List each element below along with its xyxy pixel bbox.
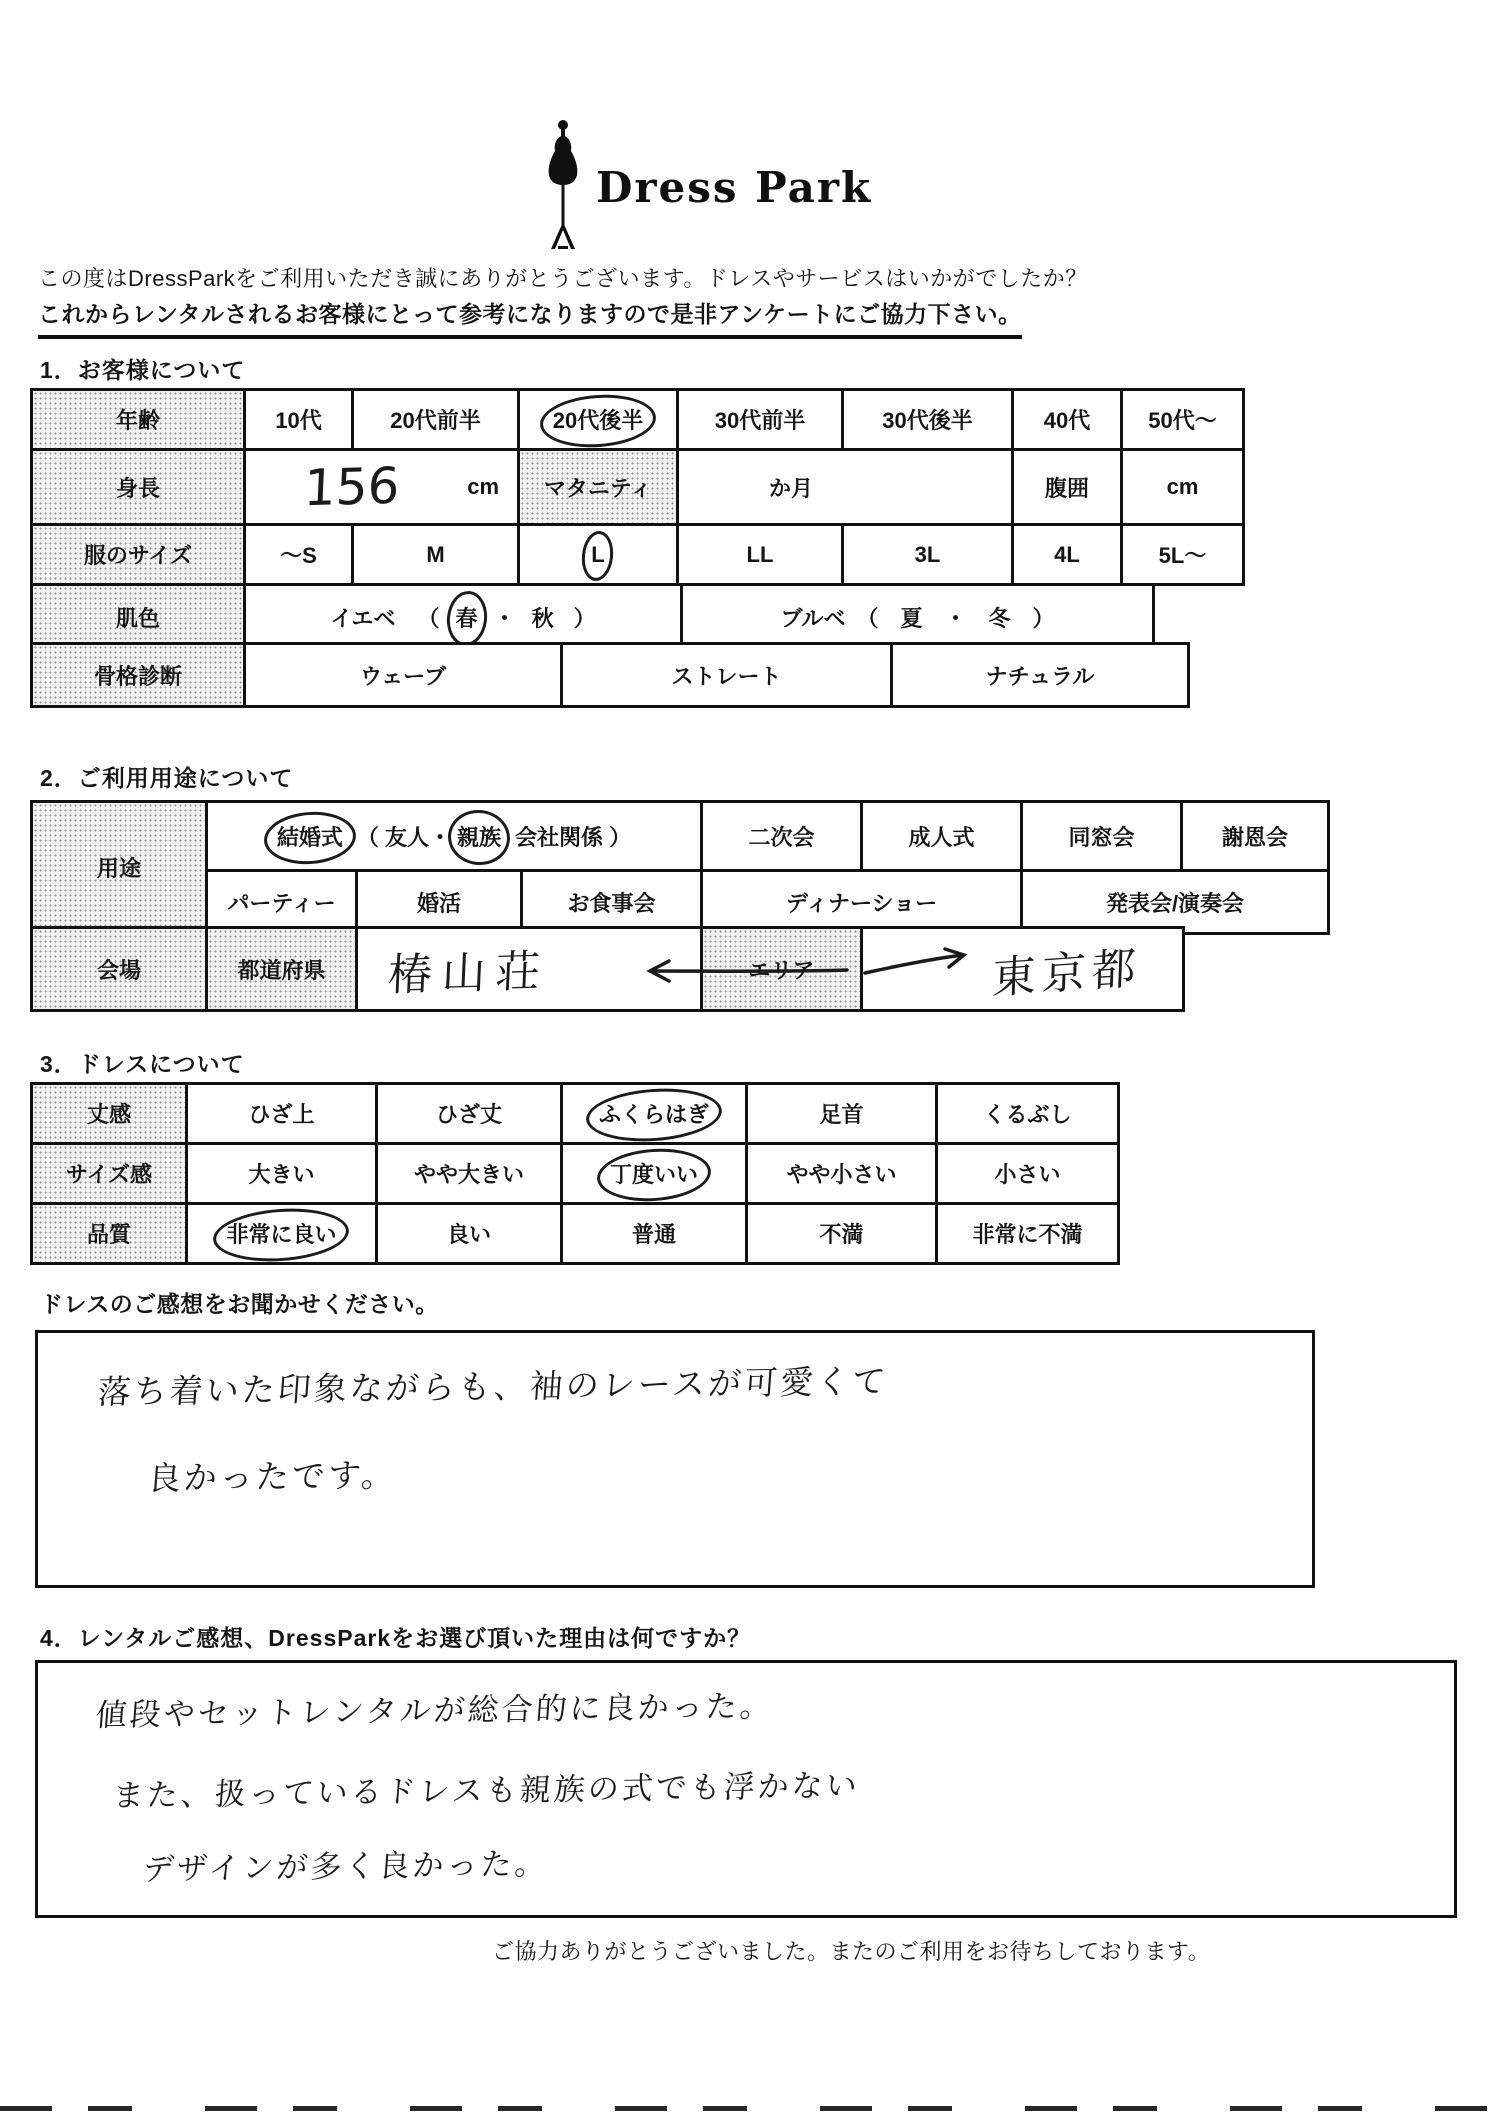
- quality-option: 普通: [563, 1205, 748, 1262]
- wedding-cell: 結婚式 （ 友人・ 親族 会社関係 ）: [208, 803, 703, 869]
- age-option: 10代: [246, 391, 354, 448]
- selection-circle-icon: 結婚式: [277, 821, 343, 852]
- frame-option: ストレート: [563, 645, 893, 705]
- frame-label: 骨格診断: [33, 645, 246, 705]
- venue-handwritten-value: 椿山荘: [387, 935, 552, 1003]
- purpose-label: 用途: [33, 803, 208, 932]
- dress-table: 丈感 ひざ上 ひざ丈 ふくらはぎ 足首 くるぶし サイズ感 大きい やや大きい …: [30, 1082, 1120, 1265]
- height-unit: cm: [467, 474, 499, 500]
- length-option: ふくらはぎ: [563, 1085, 748, 1142]
- height-value-cell: 156 cm: [246, 451, 520, 523]
- fit-option: やや大きい: [378, 1145, 563, 1202]
- selection-circle-icon: 非常に良い: [226, 1218, 336, 1249]
- length-row: 丈感 ひざ上 ひざ丈 ふくらはぎ 足首 くるぶし: [33, 1085, 1117, 1145]
- usage-option: ディナーショー: [703, 872, 1023, 932]
- length-option: くるぶし: [938, 1085, 1117, 1142]
- blue-base-cell: ブルベ （ 夏 ・ 冬 ）: [683, 586, 1152, 648]
- intro-line-1: この度はDressParkをご利用いただき誠にありがとうございます。ドレスやサー…: [38, 262, 1088, 293]
- height-handwritten-value: 156: [303, 457, 401, 518]
- size-option: L: [520, 526, 679, 583]
- usage-option: 成人式: [863, 803, 1023, 869]
- usage-option: 発表会/演奏会: [1023, 872, 1327, 932]
- dress-comment-line: 良かったです。: [146, 1449, 399, 1500]
- age-label: 年齢: [33, 391, 246, 448]
- survey-page: Dress Park この度はDressParkをご利用いただき誠にありがとうご…: [0, 0, 1500, 2127]
- quality-row: 品質 非常に良い 良い 普通 不満 非常に不満: [33, 1205, 1117, 1262]
- arrow-right-icon: [861, 947, 971, 984]
- dress-comment-line: 落ち着いた印象ながらも、袖のレースが可愛くて: [96, 1355, 890, 1413]
- section4-heading: 4．レンタルご感想、DressParkをお選び頂いた理由は何ですか？: [40, 1620, 751, 1653]
- area-handwritten-value: 東京都: [991, 932, 1143, 1007]
- selection-circle-icon: 20代後半: [553, 404, 643, 435]
- section1-heading: 1．お客様について: [40, 352, 245, 385]
- usage-option: 同窓会: [1023, 803, 1183, 869]
- prefecture-label: 都道府県: [208, 929, 358, 1009]
- quality-option: 良い: [378, 1205, 563, 1262]
- rental-comment-line: 値段やセットレンタルが総合的に良かった。: [94, 1680, 775, 1735]
- age-option: 20代後半: [520, 391, 679, 448]
- length-option: ひざ丈: [378, 1085, 563, 1142]
- rental-comment-line: デザインが多く良かった。: [141, 1838, 550, 1889]
- length-label: 丈感: [33, 1085, 188, 1142]
- length-option: 足首: [748, 1085, 938, 1142]
- age-option: 30代後半: [844, 391, 1014, 448]
- fit-row: サイズ感 大きい やや大きい 丁度いい やや小さい 小さい: [33, 1145, 1117, 1205]
- fit-option: 丁度いい: [563, 1145, 748, 1202]
- frame-option: ウェーブ: [246, 645, 563, 705]
- waist-label: 腹囲: [1014, 451, 1123, 523]
- height-label: 身長: [33, 451, 246, 523]
- size-label: 服のサイズ: [33, 526, 246, 583]
- dress-form-icon: [540, 118, 586, 257]
- fit-label: サイズ感: [33, 1145, 188, 1202]
- frame-option: ナチュラル: [893, 645, 1187, 705]
- quality-label: 品質: [33, 1205, 188, 1262]
- maternity-months-label: か月: [679, 451, 1014, 523]
- selection-circle-icon: 春: [456, 602, 478, 633]
- rental-comment-box: 値段やセットレンタルが総合的に良かった。 また、扱っているドレスも親族の式でも浮…: [35, 1660, 1457, 1918]
- frame-diagnosis-row: 骨格診断 ウェーブ ストレート ナチュラル: [30, 642, 1190, 708]
- section3-heading: 3．ドレスについて: [40, 1046, 245, 1079]
- age-row: 年齢 10代 20代前半 20代後半 30代前半 30代後半 40代 50代～: [33, 391, 1242, 451]
- dress-comment-prompt: ドレスのご感想をお聞かせください。: [40, 1286, 439, 1319]
- age-option: 20代前半: [354, 391, 520, 448]
- brand-name: Dress Park: [596, 163, 872, 212]
- footer-thanks: ご協力ありがとうございました。またのご利用をお待ちしております。: [492, 1935, 1210, 1966]
- height-row: 身長 156 cm マタニティ か月 腹囲 cm: [33, 451, 1242, 526]
- skin-label: 肌色: [33, 586, 246, 648]
- age-option: 30代前半: [679, 391, 844, 448]
- usage-option: お食事会: [523, 872, 703, 932]
- size-option: 4L: [1014, 526, 1123, 583]
- brand-logo: Dress Park: [540, 118, 872, 257]
- scan-artifact-line: [0, 2106, 1492, 2111]
- fit-option: 小さい: [938, 1145, 1117, 1202]
- selection-circle-icon: 親族: [457, 821, 501, 852]
- rental-comment-line: また、扱っているドレスも親族の式でも浮かない: [111, 1760, 861, 1815]
- maternity-label: マタニティ: [520, 451, 679, 523]
- waist-unit: cm: [1123, 451, 1242, 523]
- usage-table: 用途 結婚式 （ 友人・ 親族 会社関係 ） 二次会 成人式 同窓会 謝恩会 パ…: [30, 800, 1330, 935]
- size-option: 5L～: [1123, 526, 1242, 583]
- fit-option: やや小さい: [748, 1145, 938, 1202]
- usage-row-2: パーティー 婚活 お食事会 ディナーショー 発表会/演奏会: [208, 872, 1327, 932]
- usage-option: 謝恩会: [1183, 803, 1327, 869]
- selection-circle-icon: ふくらはぎ: [599, 1098, 709, 1129]
- age-option: 40代: [1014, 391, 1123, 448]
- venue-row: 会場 都道府県 椿山荘 エリア 東京都: [30, 926, 1185, 1012]
- dress-comment-box: 落ち着いた印象ながらも、袖のレースが可愛くて 良かったです。: [35, 1330, 1315, 1588]
- usage-option: 婚活: [358, 872, 523, 932]
- yellow-base-cell: イエベ （ 春 ・ 秋 ）: [246, 586, 683, 648]
- selection-circle-icon: 丁度いい: [610, 1158, 698, 1189]
- section2-heading: 2．ご利用用途について: [40, 760, 293, 793]
- arrow-left-icon: [641, 957, 853, 990]
- intro-line-2: これからレンタルされるお客様にとって参考になりますので是非アンケートにご協力下さ…: [38, 296, 1022, 339]
- quality-option: 不満: [748, 1205, 938, 1262]
- customer-table: 年齢 10代 20代前半 20代後半 30代前半 30代後半 40代 50代～ …: [30, 388, 1245, 586]
- fit-option: 大きい: [188, 1145, 378, 1202]
- quality-option: 非常に良い: [188, 1205, 378, 1262]
- skin-tone-row: 肌色 イエベ （ 春 ・ 秋 ） ブルベ （ 夏 ・ 冬 ）: [30, 583, 1155, 651]
- size-option: ～S: [246, 526, 354, 583]
- age-option: 50代～: [1123, 391, 1242, 448]
- size-option: LL: [679, 526, 844, 583]
- clothing-size-row: 服のサイズ ～S M L LL 3L 4L 5L～: [33, 526, 1242, 583]
- usage-option: パーティー: [208, 872, 358, 932]
- selection-circle-icon: L: [591, 542, 604, 568]
- length-option: ひざ上: [188, 1085, 378, 1142]
- venue-label: 会場: [33, 929, 208, 1009]
- size-option: 3L: [844, 526, 1014, 583]
- size-option: M: [354, 526, 520, 583]
- quality-option: 非常に不満: [938, 1205, 1117, 1262]
- usage-option: 二次会: [703, 803, 863, 869]
- usage-row-1: 結婚式 （ 友人・ 親族 会社関係 ） 二次会 成人式 同窓会 謝恩会: [208, 803, 1327, 872]
